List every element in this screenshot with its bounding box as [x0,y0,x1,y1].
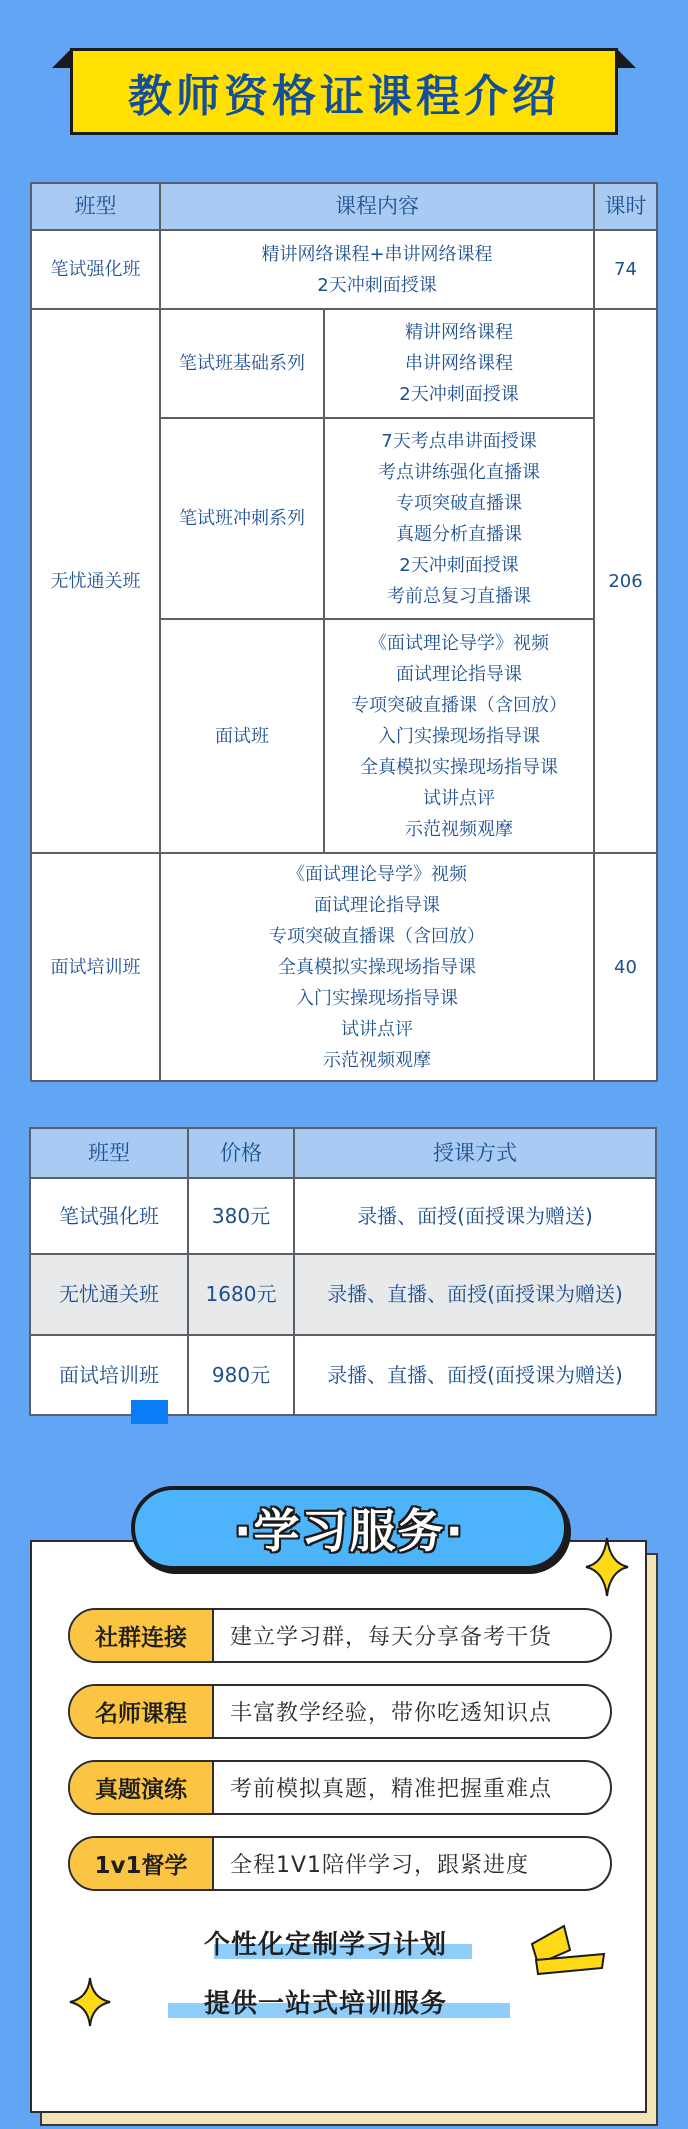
service-desc: 考前模拟真题，精准把握重难点 [214,1762,610,1813]
service-tag: 名师课程 [70,1686,214,1737]
table-row-class-type: 无忧通关班 [32,310,161,854]
price-row-price: 380元 [189,1179,295,1255]
sparkle-icon [584,1536,630,1598]
table-row-content: 精讲网络课程+串讲网络课程 2天冲刺面授课 [161,231,595,310]
ribbon-fold-right-icon [616,48,636,68]
table-subrow-series: 笔试班冲刺系列 [161,419,325,620]
table-row-hours: 206 [595,310,656,854]
price-row-price: 980元 [189,1336,295,1414]
ribbon-fold-left-icon [52,48,72,68]
slogan-2: 提供一站式培训服务 [204,1983,447,2020]
table-row-content: 《面试理论导学》视频 面试理论指导课 专项突破直播课（含回放） 全真模拟实操现场… [161,854,595,1080]
service-tag: 真题演练 [70,1762,214,1813]
page-title: 教师资格证课程介绍 [128,60,560,124]
table-subrow-content: 7天考点串讲面授课 考点讲练强化直播课 专项突破直播课 真题分析直播课 2天冲刺… [325,419,595,620]
course-table-header-class: 班型 [32,184,161,231]
price-row-class-type: 无忧通关班 [31,1255,189,1336]
price-table: 班型 价格 授课方式 笔试强化班 380元 录播、面授(面授课为赠送) 无忧通关… [29,1127,657,1416]
price-row-class-type: 笔试强化班 [31,1179,189,1255]
sparkle-icon [68,1976,112,2028]
price-table-header-price: 价格 [189,1129,295,1179]
service-desc: 全程1V1陪伴学习，跟紧进度 [214,1838,610,1889]
service-item-practice: 真题演练 考前模拟真题，精准把握重难点 [68,1760,612,1815]
table-row-hours: 74 [595,231,656,310]
table-subrow-series: 笔试班基础系列 [161,310,325,419]
service-item-1v1: 1v1督学 全程1V1陪伴学习，跟紧进度 [68,1836,612,1891]
table-subrow-content: 《面试理论导学》视频 面试理论指导课 专项突破直播课（含回放） 入门实操现场指导… [325,620,595,854]
service-tag: 1v1督学 [70,1838,214,1889]
course-table-header-content: 课程内容 [161,184,595,231]
course-table-header-hours: 课时 [595,184,656,231]
blue-square-marker [131,1400,168,1424]
services-title: ·学习服务· [234,1495,465,1561]
price-row-method: 录播、直播、面授(面授课为赠送) [295,1336,655,1414]
table-row-class-type: 笔试强化班 [32,231,161,310]
table-subrow-series: 面试班 [161,620,325,854]
price-table-header-class: 班型 [31,1129,189,1179]
services-title-pill: ·学习服务· [131,1486,568,1570]
service-tag: 社群连接 [70,1610,214,1661]
table-row-class-type: 面试培训班 [32,854,161,1080]
price-row-price: 1680元 [189,1255,295,1336]
price-row-method: 录播、面授(面授课为赠送) [295,1179,655,1255]
slogan-1: 个性化定制学习计划 [204,1924,447,1961]
service-desc: 建立学习群，每天分享备考干货 [214,1610,610,1661]
price-table-header-method: 授课方式 [295,1129,655,1179]
service-item-community: 社群连接 建立学习群，每天分享备考干货 [68,1608,612,1663]
service-item-teachers: 名师课程 丰富教学经验，带你吃透知识点 [68,1684,612,1739]
banner-box: 教师资格证课程介绍 [70,48,618,135]
table-subrow-content: 精讲网络课程 串讲网络课程 2天冲刺面授课 [325,310,595,419]
course-table: 班型 课程内容 课时 笔试强化班 精讲网络课程+串讲网络课程 2天冲刺面授课 7… [30,182,658,1082]
title-banner: 教师资格证课程介绍 [52,48,636,135]
accent-strokes-icon [528,1924,608,1980]
table-row-hours: 40 [595,854,656,1080]
price-row-method: 录播、直播、面授(面授课为赠送) [295,1255,655,1336]
service-desc: 丰富教学经验，带你吃透知识点 [214,1686,610,1737]
